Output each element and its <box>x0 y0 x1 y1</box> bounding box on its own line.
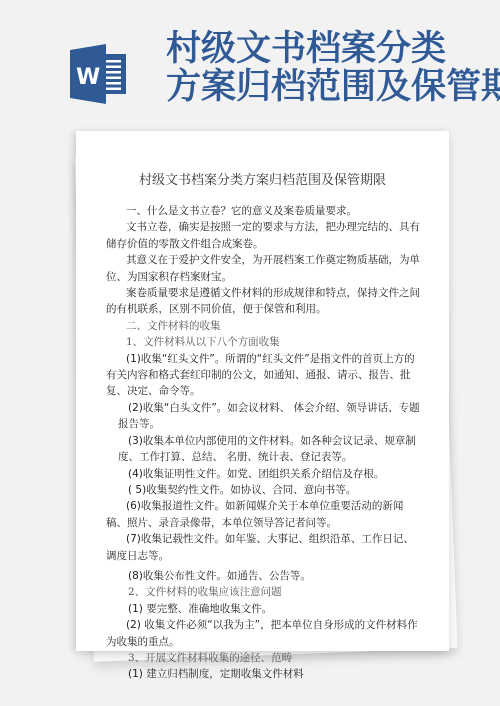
subsection-heading: 2、文件材料的收集应该注意问题 <box>106 584 424 600</box>
section-heading: 一、什么是文书立卷？它的意义及案卷质量要求。 <box>106 203 424 219</box>
paragraph: (8)收集公布性文件。如通告、公告等。 <box>106 568 424 584</box>
banner-header: W 村级文书档案分类 方案归档范围及保管期限 <box>0 0 500 135</box>
paragraph: (2)收集“白头文件”。如会议材料、 体会介绍、领导讲话、专题报告等。 <box>106 400 424 433</box>
banner-title-line2: 方案归档范围及保管期限 <box>166 68 500 106</box>
paragraph: (1) 建立归档制度，定期收集文件材料 <box>106 666 424 682</box>
document-body: 一、什么是文书立卷？它的意义及案卷质量要求。 文书立卷，确实是按照一定的要求与方… <box>106 203 424 683</box>
word-document-icon: W <box>70 44 134 104</box>
banner-title-line1: 村级文书档案分类 <box>166 30 500 68</box>
svg-text:W: W <box>76 65 100 90</box>
paragraph: (3)收集本单位内部使用的文件材料。如各种会议记录、规章制度、工作打算、总结、 … <box>106 433 424 466</box>
paragraph: (1)收集“红头文件”。所谓的“红头文件”是指文件的首页上方的有关内容和格式套红… <box>106 351 424 400</box>
document-page: 村级文书档案分类方案归档范围及保管期限 一、什么是文书立卷？它的意义及案卷质量要… <box>76 131 449 651</box>
paragraph: (7)收集记载性文件。如年鉴、大事记、组织沿革、工作日记、调度日志等。 <box>106 531 424 564</box>
paragraph: (2) 收集文件必须“以我为主”，把本单位自身形成的文件材料作为收集的重点。 <box>106 617 424 650</box>
paragraph: 案卷质量要求是遵循文件材料的形成规律和特点，保持文件之间的有机联系，区别不同价值… <box>106 285 424 318</box>
paragraph: ( 5)收集契约性文件。如协议、合同、意向书等。 <box>106 482 424 498</box>
document-title: 村级文书档案分类方案归档范围及保管期限 <box>76 169 449 188</box>
subsection-heading: 1、文件材料从以下八个方面收集 <box>106 334 424 350</box>
section-heading: 二、文件材料的收集 <box>106 318 424 334</box>
paragraph: (4)收集证明性文件。如党、团组织关系介绍信及存根。 <box>106 466 424 482</box>
paragraph: (1) 要完整、准确地收集文件。 <box>106 601 424 617</box>
subsection-heading: 3、开展文件材料收集的途径、范畴 <box>106 650 424 666</box>
paragraph: 其意义在于爱护文件安全，为开展档案工作奠定物质基础，为单位、为国家积存档案财宝。 <box>106 252 424 285</box>
paragraph: (6)收集报道性文件。如新闻媒介关于本单位重要活动的新闻稿、照片、录音录像带，本… <box>106 498 424 531</box>
paragraph: 文书立卷，确实是按照一定的要求与方法，把办理完结的、具有储存价值的零散文件组合成… <box>106 219 424 252</box>
banner-title: 村级文书档案分类 方案归档范围及保管期限 <box>166 30 500 106</box>
